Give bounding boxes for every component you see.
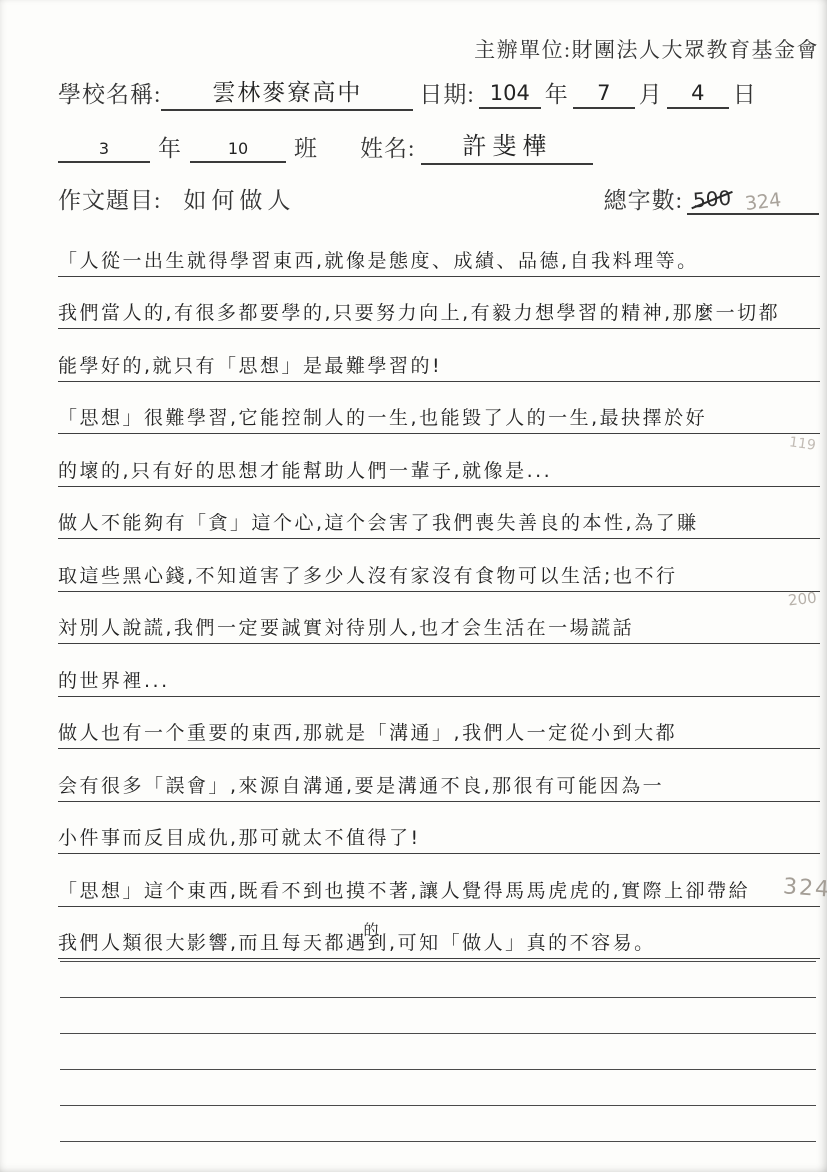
essay-line: 的世界裡... — [58, 644, 820, 697]
word-count-final-value: 324 — [744, 189, 783, 215]
blank-line — [60, 1034, 816, 1070]
grade-field: 3 — [58, 141, 150, 163]
essay-line: 的壞的,只有好的思想才能幫助人們一輩子,就像是... — [58, 434, 820, 487]
margin-tally-324: 324 — [782, 874, 827, 902]
class-field: 10 — [190, 141, 286, 163]
school-name-value: 雲林麥寮高中 — [212, 80, 362, 106]
essay-line: 「思想」很難學習,它能控制人的一生,也能毀了人的一生,最抉擇於好 — [58, 382, 820, 435]
student-name-label: 姓名: — [360, 130, 415, 163]
date-label: 日期: — [419, 76, 474, 109]
essay-line: 做人不能夠有「貪」這个心,這个会害了我們喪失善良的本性,為了賺 — [58, 487, 820, 540]
school-name-label: 學校名稱: — [58, 76, 161, 109]
form-row-title-wordcount: 作文題目: 如何做人 總字數: 500 324 — [58, 182, 819, 215]
blank-line — [60, 998, 816, 1034]
word-count-field: 500 324 — [687, 189, 819, 215]
year-suffix-label: 年 — [545, 76, 569, 109]
essay-line: 対別人說謊,我們一定要誠實対待別人,也才会生活在一場謊話 — [58, 592, 820, 645]
class-value: 10 — [228, 139, 248, 158]
essay-line: 小件事而反目成仇,那可就太不值得了! — [58, 802, 820, 855]
student-name-value: 許斐樺 — [462, 132, 552, 160]
date-year-value: 104 — [490, 81, 530, 105]
blank-ruled-lines — [60, 928, 816, 1142]
essay-line: 会有很多「誤會」,來源自溝通,要是溝通不良,那很有可能因為一 — [58, 749, 820, 802]
blank-line — [60, 1106, 816, 1142]
essay-line: 能學好的,就只有「思想」是最難學習的! — [58, 329, 820, 382]
form-row-school-date: 學校名稱: 雲林麥寮高中 日期: 104 年 7 月 4 日 — [58, 76, 819, 111]
class-suffix-label: 班 — [294, 130, 318, 163]
month-suffix-label: 月 — [639, 76, 663, 109]
essay-body: 「人從一出生就得學習東西,就像是態度、成績、品德,自我料理等。 我們當人的,有很… — [58, 224, 820, 959]
blank-line — [60, 1070, 816, 1106]
date-year-field: 104 — [479, 83, 541, 109]
date-month-value: 7 — [597, 81, 610, 105]
date-day-field: 4 — [667, 83, 729, 109]
grade-suffix-label: 年 — [158, 130, 182, 163]
essay-line: 我們當人的,有很多都要學的,只要努力向上,有毅力想學習的精神,那麼一切都 — [58, 277, 820, 330]
school-name-field: 雲林麥寮高中 — [161, 76, 413, 111]
essay-line: 「人從一出生就得學習東西,就像是態度、成績、品德,自我料理等。 — [58, 224, 820, 277]
blank-line — [60, 928, 816, 962]
essay-line: 取這些黑心錢,不知道害了多少人沒有家沒有食物可以生活;也不行 — [58, 539, 820, 592]
essay-line: 做人也有一个重要的東西,那就是「溝通」,我們人一定從小到大都 — [58, 697, 820, 750]
word-count-struck-value: 500 — [692, 186, 732, 213]
form-row-class-name: 3 年 10 班 姓名: 許斐樺 — [58, 128, 819, 165]
day-suffix-label: 日 — [733, 76, 757, 109]
margin-tally-200: 200 — [787, 589, 817, 610]
grade-value: 3 — [99, 139, 109, 158]
student-name-field: 許斐樺 — [421, 128, 593, 165]
date-month-field: 7 — [573, 83, 635, 109]
essay-title-value: 如何做人 — [183, 182, 295, 215]
blank-line — [60, 962, 816, 998]
date-day-value: 4 — [691, 81, 704, 105]
organizer-line: 主辦單位:財團法人大眾教育基金會 — [474, 34, 819, 64]
scanned-essay-page: 主辦單位:財團法人大眾教育基金會 學校名稱: 雲林麥寮高中 日期: 104 年 … — [0, 0, 827, 1172]
essay-title-label: 作文題目: — [58, 182, 161, 215]
word-count-label: 總字數: — [604, 182, 683, 215]
essay-line: 「思想」這个東西,既看不到也摸不著,讓人覺得馬馬虎虎的,實際上卻帶給 — [58, 854, 820, 907]
